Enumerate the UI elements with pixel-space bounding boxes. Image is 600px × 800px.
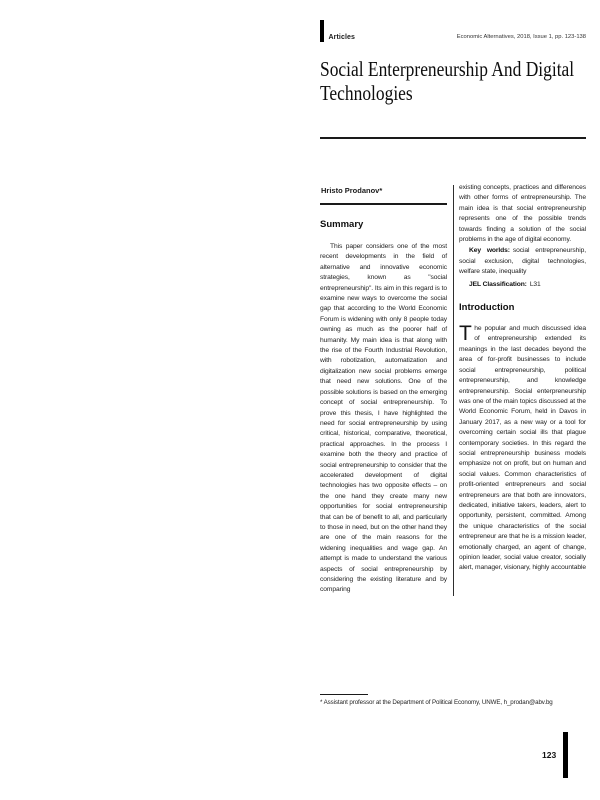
left-column: Hristo Prodanov* Summary This paper cons… xyxy=(320,183,447,596)
page-edge-bar xyxy=(563,732,568,778)
summary-text: This paper considers one of the most rec… xyxy=(320,242,447,596)
introduction-text: he popular and much discussed idea of en… xyxy=(459,325,586,571)
section-marker-bar xyxy=(320,20,324,42)
column-divider xyxy=(453,185,454,596)
journal-citation: Economic Alternatives, 2018, Issue 1, pp… xyxy=(457,34,586,42)
page-footer: 123 xyxy=(542,732,568,778)
introduction-heading: Introduction xyxy=(459,302,586,313)
article-title: Social Enterpreneurship And Digital Tech… xyxy=(320,58,587,105)
drop-cap: T xyxy=(459,325,472,343)
summary-heading: Summary xyxy=(320,219,447,230)
page-number: 123 xyxy=(542,750,556,760)
jel-code: L31 xyxy=(530,281,541,288)
footnote-block: * Assistant professor at the Department … xyxy=(320,694,558,706)
keywords-label: Key worlds: xyxy=(469,247,510,254)
scanned-article-page: Articles Economic Alternatives, 2018, Is… xyxy=(320,18,586,782)
section-label: Articles xyxy=(329,34,355,42)
article-columns: Hristo Prodanov* Summary This paper cons… xyxy=(320,183,586,596)
section-marker: Articles xyxy=(320,20,355,42)
title-divider xyxy=(320,137,586,139)
jel-line: JEL Classification:L31 xyxy=(459,280,586,290)
author-name: Hristo Prodanov* xyxy=(320,183,447,205)
introduction-paragraph: The popular and much discussed idea of e… xyxy=(459,324,586,574)
footnote-text: * Assistant professor at the Department … xyxy=(320,699,558,706)
journal-header: Articles Economic Alternatives, 2018, Is… xyxy=(320,20,586,42)
footnote-divider xyxy=(320,694,368,695)
jel-label: JEL Classification: xyxy=(469,281,527,288)
right-column: existing concepts, practices and differe… xyxy=(459,183,586,596)
summary-continuation: existing concepts, practices and differe… xyxy=(459,183,586,245)
keywords-line: Key worlds:social entrepreneurship, soci… xyxy=(459,246,586,277)
